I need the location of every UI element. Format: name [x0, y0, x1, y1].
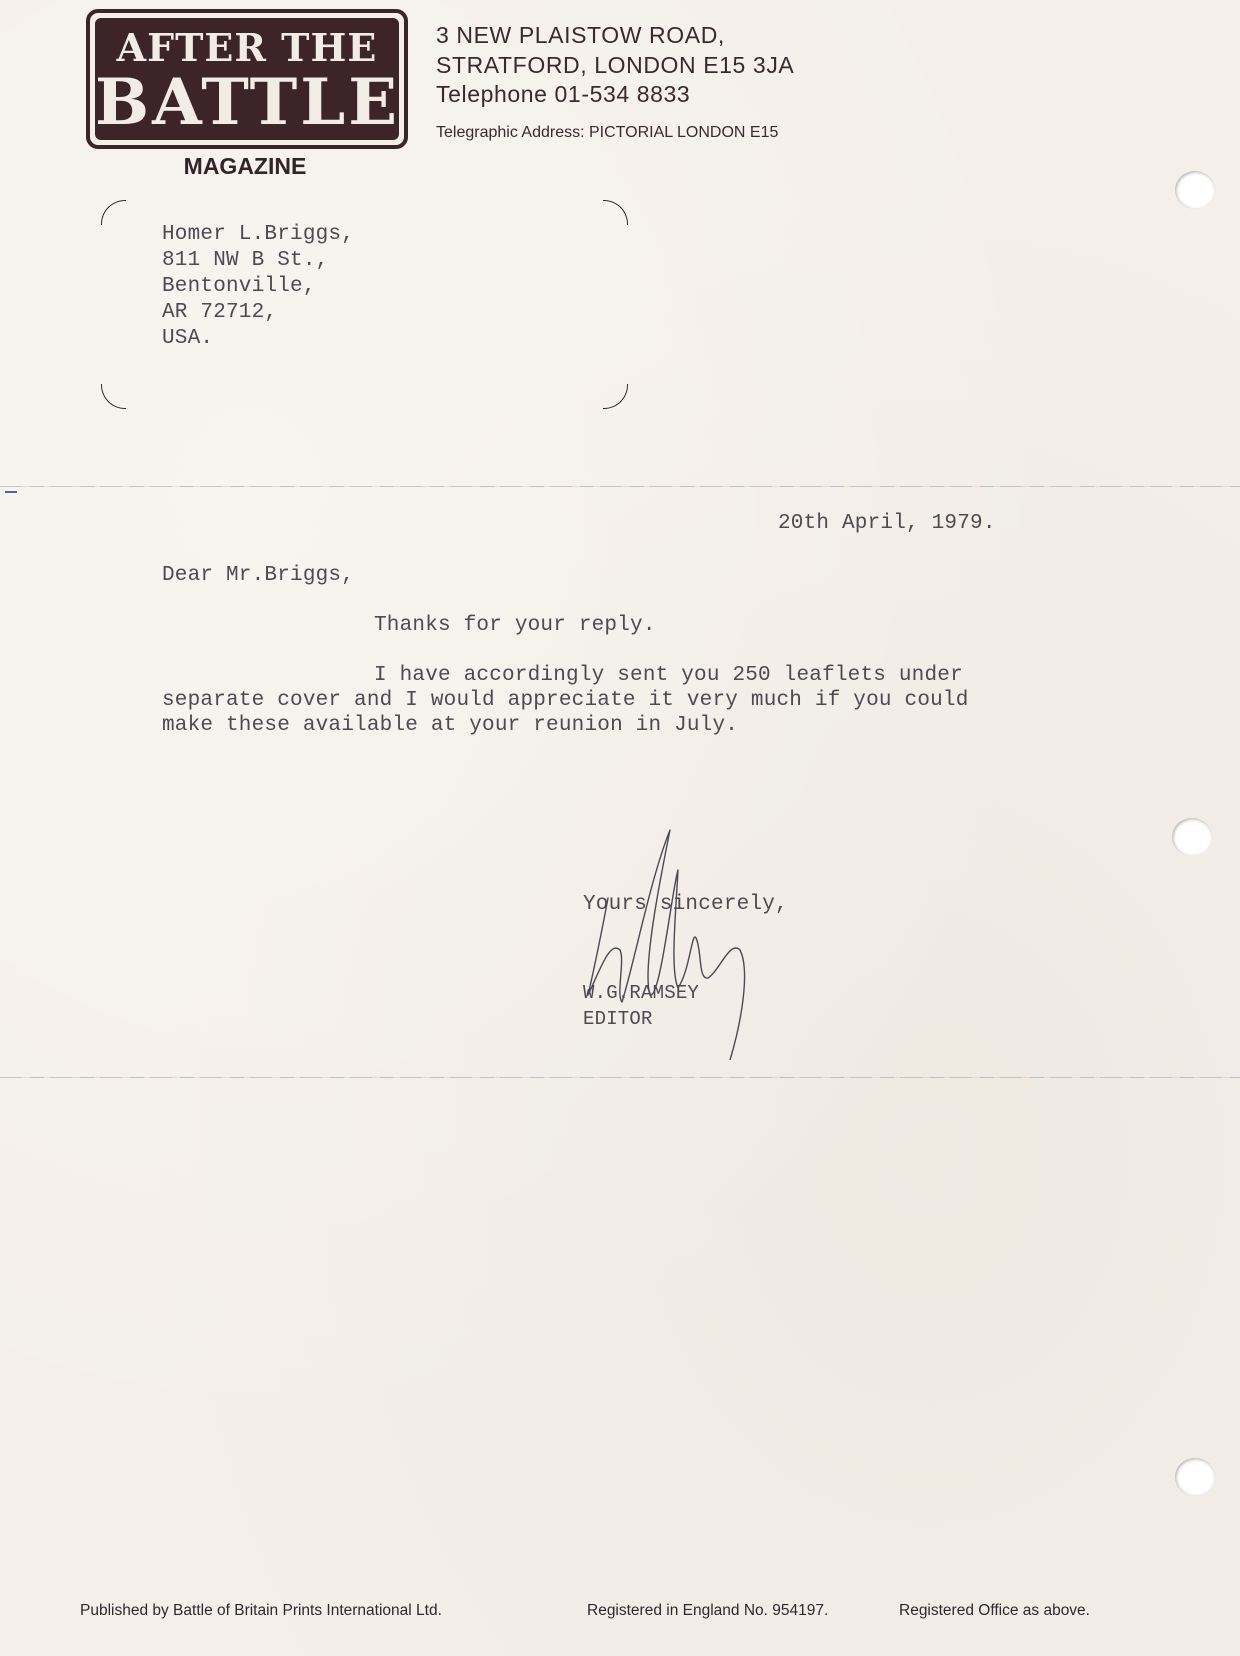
logo-subtitle: MAGAZINE [150, 153, 340, 180]
footer-publisher: Published by Battle of Britain Prints In… [80, 1602, 442, 1620]
letterhead-telephone: Telephone 01-534 8833 [436, 81, 690, 108]
punch-hole-top [1175, 171, 1215, 209]
letterhead-telegraphic-address: Telegraphic Address: PICTORIAL LONDON E1… [436, 124, 778, 142]
paragraph-2-line-2: separate cover and I would appreciate it… [162, 689, 969, 712]
recipient-country: USA. [162, 326, 354, 352]
address-window-corner-bl [101, 384, 126, 409]
letter-date: 20th April, 1979. [778, 512, 996, 535]
paragraph-1: Thanks for your reply. [374, 614, 656, 637]
recipient-street: 811 NW B St., [162, 248, 354, 274]
punch-hole-bottom [1175, 1458, 1215, 1496]
recipient-state-zip: AR 72712, [162, 300, 354, 326]
letterhead-address-line1: 3 NEW PLAISTOW ROAD, [436, 22, 725, 49]
address-window-corner-tr [603, 200, 628, 225]
logo: AFTER THE BATTLE [86, 9, 408, 149]
salutation: Dear Mr.Briggs, [162, 564, 354, 587]
logo-background: AFTER THE BATTLE [95, 18, 399, 140]
handwritten-signature [580, 820, 780, 1060]
logo-title-line1: AFTER THE [95, 28, 399, 68]
paragraph-2-line-3: make these available at your reunion in … [162, 714, 738, 737]
fold-line-upper [0, 486, 1240, 487]
recipient-city: Bentonville, [162, 274, 354, 300]
footer-registered-office: Registered Office as above. [899, 1602, 1090, 1620]
address-window-corner-tl [101, 200, 126, 225]
recipient-name: Homer L.Briggs, [162, 222, 354, 248]
letterhead-address-line2: STRATFORD, LONDON E15 3JA [436, 52, 794, 79]
punch-hole-middle [1172, 818, 1212, 856]
address-window-corner-br [603, 384, 628, 409]
footer-registration: Registered in England No. 954197. [587, 1602, 828, 1620]
logo-title-line2: BATTLE [95, 70, 399, 136]
fold-line-lower [0, 1077, 1240, 1078]
paragraph-2-line-1: I have accordingly sent you 250 leaflets… [374, 664, 963, 687]
recipient-address: Homer L.Briggs, 811 NW B St., Bentonvill… [162, 222, 354, 352]
fold-mark [5, 491, 17, 493]
